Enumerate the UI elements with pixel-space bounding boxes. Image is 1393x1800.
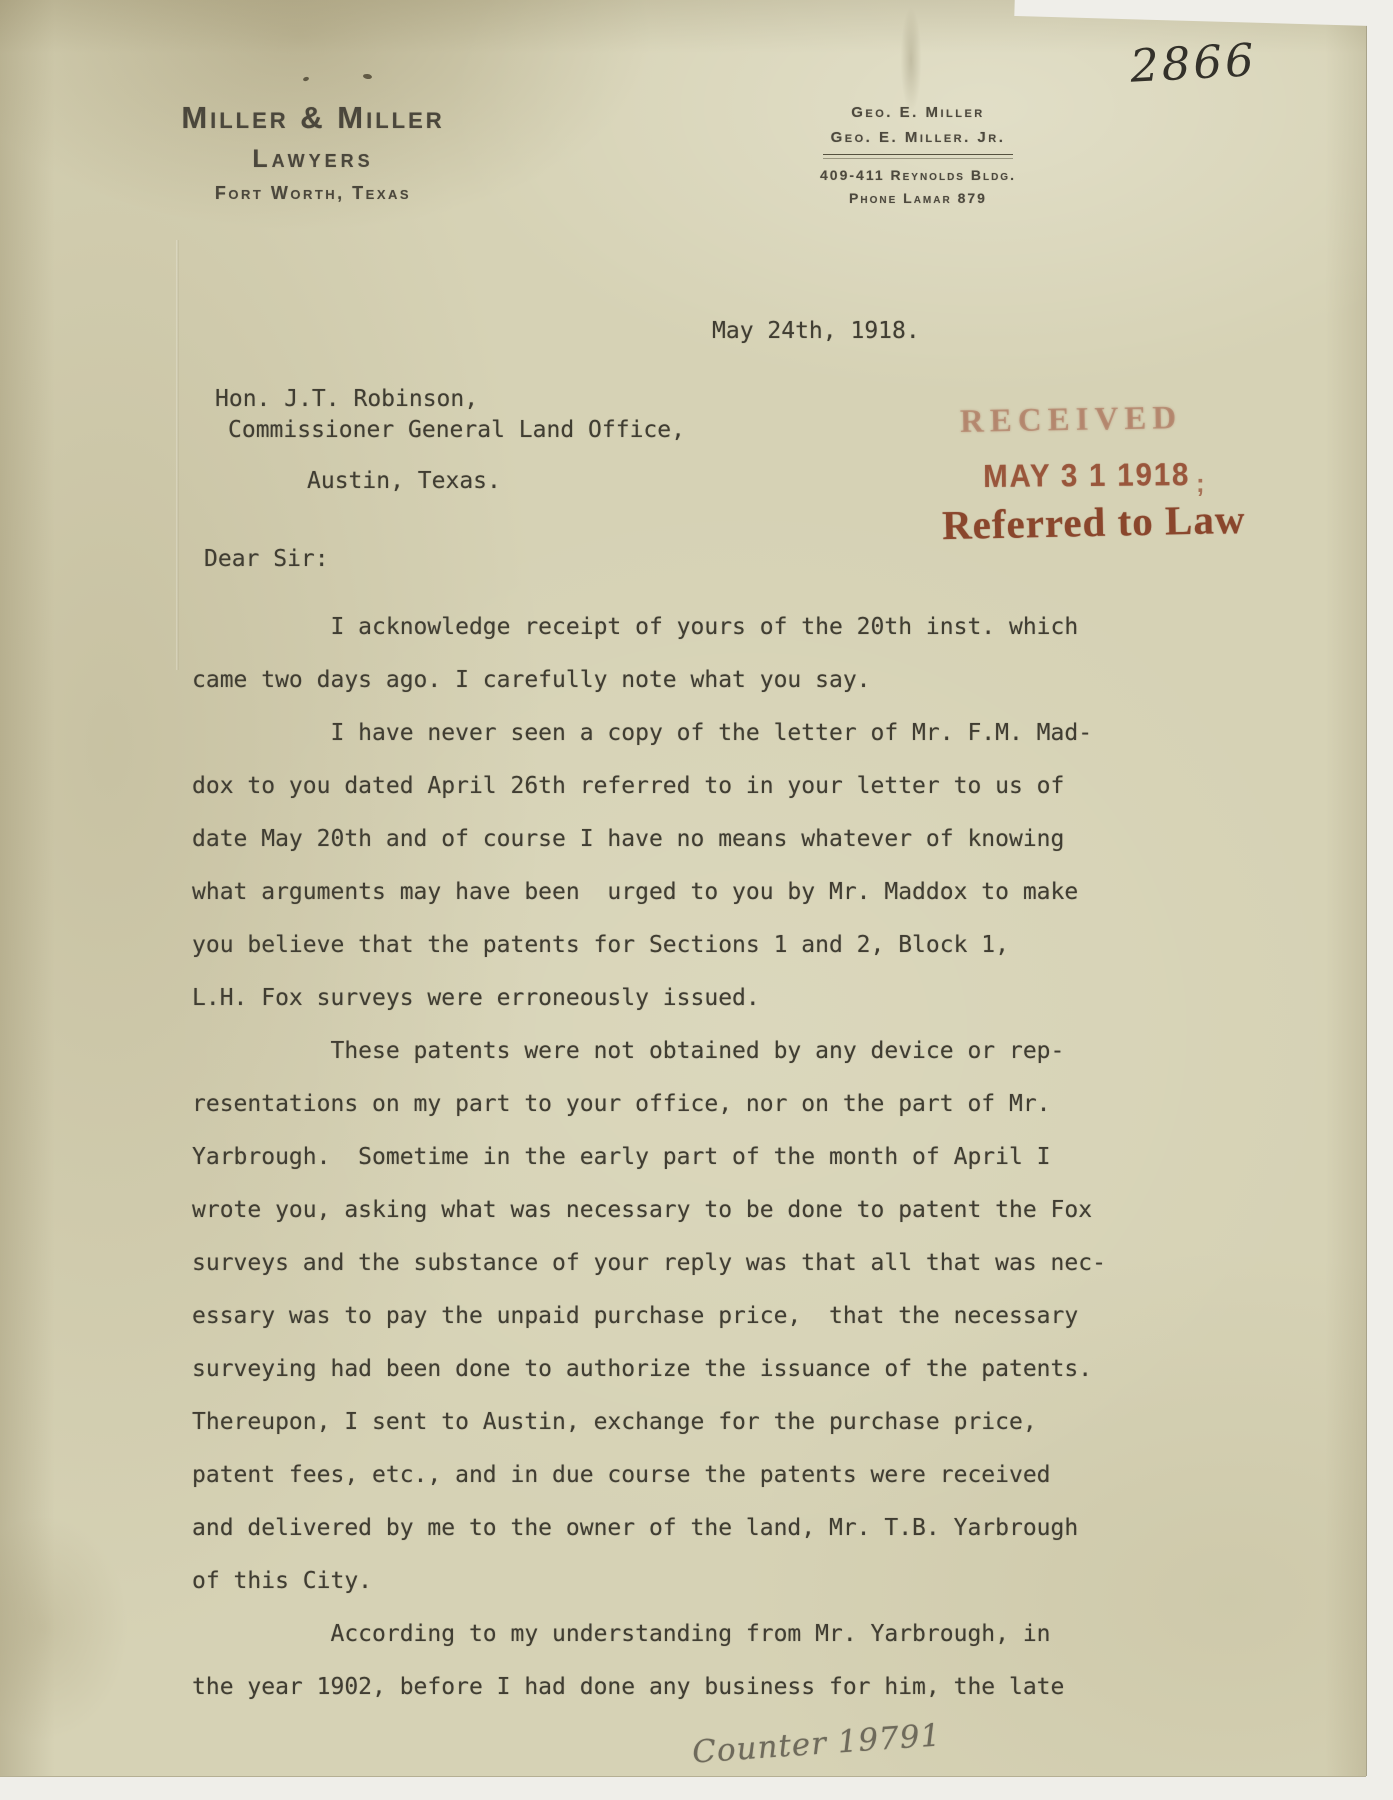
recipient-city: Austin, Texas. [307,468,501,494]
body-line: came two days ago. I carefully note what… [192,665,1322,718]
body-line: and delivered by me to the owner of the … [192,1513,1322,1566]
body-line: of this City. [192,1566,1322,1619]
office-phone: Phone Lamar 879 [788,190,1048,206]
letterhead-divider [823,154,1013,159]
office-address: 409-411 Reynolds Bldg. [788,167,1048,183]
ink-dot [363,73,373,79]
body-line: date May 20th and of course I have no me… [192,824,1322,877]
attorney-name: Geo. E. Miller. Jr. [788,129,1048,146]
body-line: essary was to pay the unpaid purchase pr… [192,1301,1322,1354]
received-stamp-date: MAY 3 1 1918 [983,456,1190,495]
firm-title: Lawyers [128,145,498,174]
attorney-name: Geo. E. Miller [788,104,1048,121]
ink-dot [302,76,309,82]
body-line: I acknowledge receipt of yours of the 20… [192,612,1322,665]
body-line: I have never seen a copy of the letter o… [192,718,1322,771]
firm-name: Miller & Miller [128,100,498,136]
body-line: resentations on my part to your office, … [192,1089,1322,1142]
body-line: Yarbrough. Sometime in the early part of… [192,1142,1322,1195]
letter-paper: Miller & Miller Lawyers Fort Worth, Texa… [0,0,1366,1776]
body-line: wrote you, asking what was necessary to … [192,1195,1322,1248]
paper-stain [0,1430,220,1760]
salutation: Dear Sir: [204,546,329,572]
firm-location: Fort Worth, Texas [128,183,498,204]
body-line: L.H. Fox surveys were erroneously issued… [192,983,1322,1036]
archive-number-handwritten: 2866 [1129,28,1351,92]
letter-date: May 24th, 1918. [712,318,920,344]
letterhead-right-block: Geo. E. Miller Geo. E. Miller. Jr. 409-4… [788,104,1048,213]
body-line: surveying had been done to authorize the… [192,1354,1322,1407]
body-line: the year 1902, before I had done any bus… [192,1672,1322,1725]
body-line: you believe that the patents for Section… [192,930,1322,983]
letter-body: I acknowledge receipt of yours of the 20… [192,612,1322,1725]
body-line: surveys and the substance of your reply … [192,1248,1322,1301]
body-line: These patents were not obtained by any d… [192,1036,1322,1089]
body-line: what arguments may have been urged to yo… [192,877,1322,930]
paper-crease [176,240,179,670]
body-line: patent fees, etc., and in due course the… [192,1460,1322,1513]
referred-to-law-stamp: Referred to Law [942,495,1246,549]
body-line: According to my understanding from Mr. Y… [192,1619,1322,1672]
recipient-name: Hon. J.T. Robinson, [215,386,478,412]
received-stamp-text: RECEIVED [960,400,1183,441]
body-line: Thereupon, I sent to Austin, exchange fo… [192,1407,1322,1460]
received-stamp-mark: ; [1196,468,1205,499]
body-line: dox to you dated April 26th referred to … [192,771,1322,824]
scanned-letter-page: { "document": { "archive_number": "2866"… [0,0,1393,1800]
recipient-title: Commissioner General Land Office, [228,417,685,443]
counter-number-handwritten: Counter 19791 [691,1717,942,1770]
letterhead-left-block: Miller & Miller Lawyers Fort Worth, Texa… [128,100,498,204]
